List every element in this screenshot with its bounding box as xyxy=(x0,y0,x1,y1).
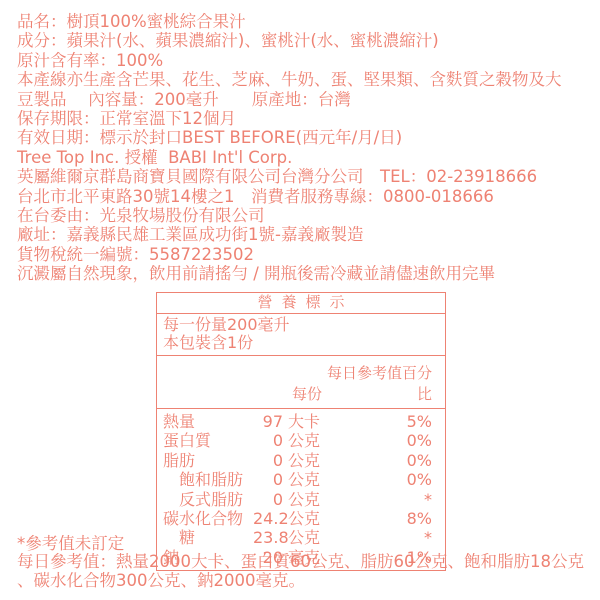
footnotes: *參考值未訂定每日參考值：熱量2000大卡、蛋白質60公克、脂肪60公克、飽和脂… xyxy=(17,535,590,590)
nutrient-daily-value: 0% xyxy=(324,470,432,489)
nutrition-table: 營養標示 每一份量200毫升 本包裝含1份 每份 每日參考值百分比 熱量97大卡… xyxy=(156,292,446,571)
nutrition-table-row: 碳水化合物24.2公克8% xyxy=(157,509,445,528)
product-info-line: 有效日期：標示於封口BEST BEFORE(西元年/月/日) xyxy=(17,128,590,147)
nutrient-amount: 24.2 xyxy=(253,509,283,528)
nutrient-name: 反式脂肪 xyxy=(163,490,253,509)
nutrient-daily-value: 0% xyxy=(324,431,432,450)
serving-size: 每一份量200毫升 xyxy=(163,316,439,334)
footnote-line: *參考值未訂定 xyxy=(17,535,590,553)
product-info-line: 本產線亦生產含芒果、花生、芝麻、牛奶、蛋、堅果類、含麩質之穀物及大 xyxy=(17,70,590,89)
nutrient-unit: 公克 xyxy=(288,509,324,528)
nutrient-daily-value: * xyxy=(324,490,432,509)
nutrient-daily-value: 5% xyxy=(324,412,432,431)
product-info-line: 成分：蘋果汁(水、蘋果濃縮汁)、蜜桃汁(水、蜜桃濃縮汁) xyxy=(17,31,590,50)
nutrient-name: 碳水化合物 xyxy=(163,509,253,528)
serving-info: 每一份量200毫升 本包裝含1份 xyxy=(157,314,445,356)
nutrient-amount: 97 xyxy=(253,412,283,431)
nutrient-name: 飽和脂肪 xyxy=(163,470,253,489)
product-info-line: 品名：樹頂100%蜜桃綜合果汁 xyxy=(17,12,590,31)
product-info-line: 台北市北平東路30號14樓之1 消費者服務專線：0800-018666 xyxy=(17,187,590,206)
nutrient-daily-value: 0% xyxy=(324,451,432,470)
nutrient-amount: 0 xyxy=(253,490,283,509)
nutrition-table-row: 脂肪0公克0% xyxy=(157,451,445,470)
product-info-line: 原汁含有率：100% xyxy=(17,51,590,70)
product-info-line: 廠址：嘉義縣民雄工業區成功街1號-嘉義廠製造 xyxy=(17,225,590,244)
nutrient-name: 熱量 xyxy=(163,412,253,431)
footnote-line: 、碳水化合物300公克、鈉2000毫克。 xyxy=(17,572,590,590)
nutrition-table-row: 飽和脂肪0公克0% xyxy=(157,470,445,489)
column-header-daily-value-percent: 每日參考值百分比 xyxy=(322,362,432,404)
product-info-line: 貨物稅統一編號：5587223502 xyxy=(17,245,590,264)
nutrient-unit: 公克 xyxy=(288,431,324,450)
product-info-line: 在台委由：光泉牧場股份有限公司 xyxy=(17,206,590,225)
nutrient-amount: 0 xyxy=(253,470,283,489)
product-info-line: 保存期限：正常室溫下12個月 xyxy=(17,109,590,128)
product-info-line: 英屬維爾京群島商寶貝國際有限公司台灣分公司 TEL：02-23918666 xyxy=(17,167,590,186)
product-info-line: Tree Top Inc. 授權 BABI Int'l Corp. xyxy=(17,148,590,167)
product-info-line: 沉澱屬自然現象，飲用前請搖勻 / 開瓶後需冷藏並請儘速飲用完畢 xyxy=(17,264,590,283)
nutrition-table-header: 每份 每日參考值百分比 xyxy=(157,356,445,409)
nutrient-name: 脂肪 xyxy=(163,451,253,470)
nutrient-unit: 公克 xyxy=(288,470,324,489)
nutrition-table-row: 熱量97大卡5% xyxy=(157,412,445,431)
nutrition-table-row: 反式脂肪0公克* xyxy=(157,490,445,509)
product-info-block: 品名：樹頂100%蜜桃綜合果汁成分：蘋果汁(水、蘋果濃縮汁)、蜜桃汁(水、蜜桃濃… xyxy=(17,12,590,284)
nutrient-unit: 大卡 xyxy=(288,412,324,431)
product-label-page: 品名：樹頂100%蜜桃綜合果汁成分：蘋果汁(水、蘋果濃縮汁)、蜜桃汁(水、蜜桃濃… xyxy=(0,0,600,600)
nutrient-name: 蛋白質 xyxy=(163,431,253,450)
nutrient-unit: 公克 xyxy=(288,490,324,509)
footnote-line: 每日參考值：熱量2000大卡、蛋白質60公克、脂肪60公克、飽和脂肪18公克 xyxy=(17,553,590,571)
nutrient-amount: 0 xyxy=(253,451,283,470)
nutrition-table-title: 營養標示 xyxy=(157,293,445,314)
product-info-line: 豆製品 內容量：200毫升 原產地：台灣 xyxy=(17,90,590,109)
nutrient-amount: 0 xyxy=(253,431,283,450)
servings-per-package: 本包裝含1份 xyxy=(163,334,439,352)
nutrient-daily-value: 8% xyxy=(324,509,432,528)
column-header-per-serving: 每份 xyxy=(292,383,322,404)
nutrient-unit: 公克 xyxy=(288,451,324,470)
nutrition-table-row: 蛋白質0公克0% xyxy=(157,431,445,450)
